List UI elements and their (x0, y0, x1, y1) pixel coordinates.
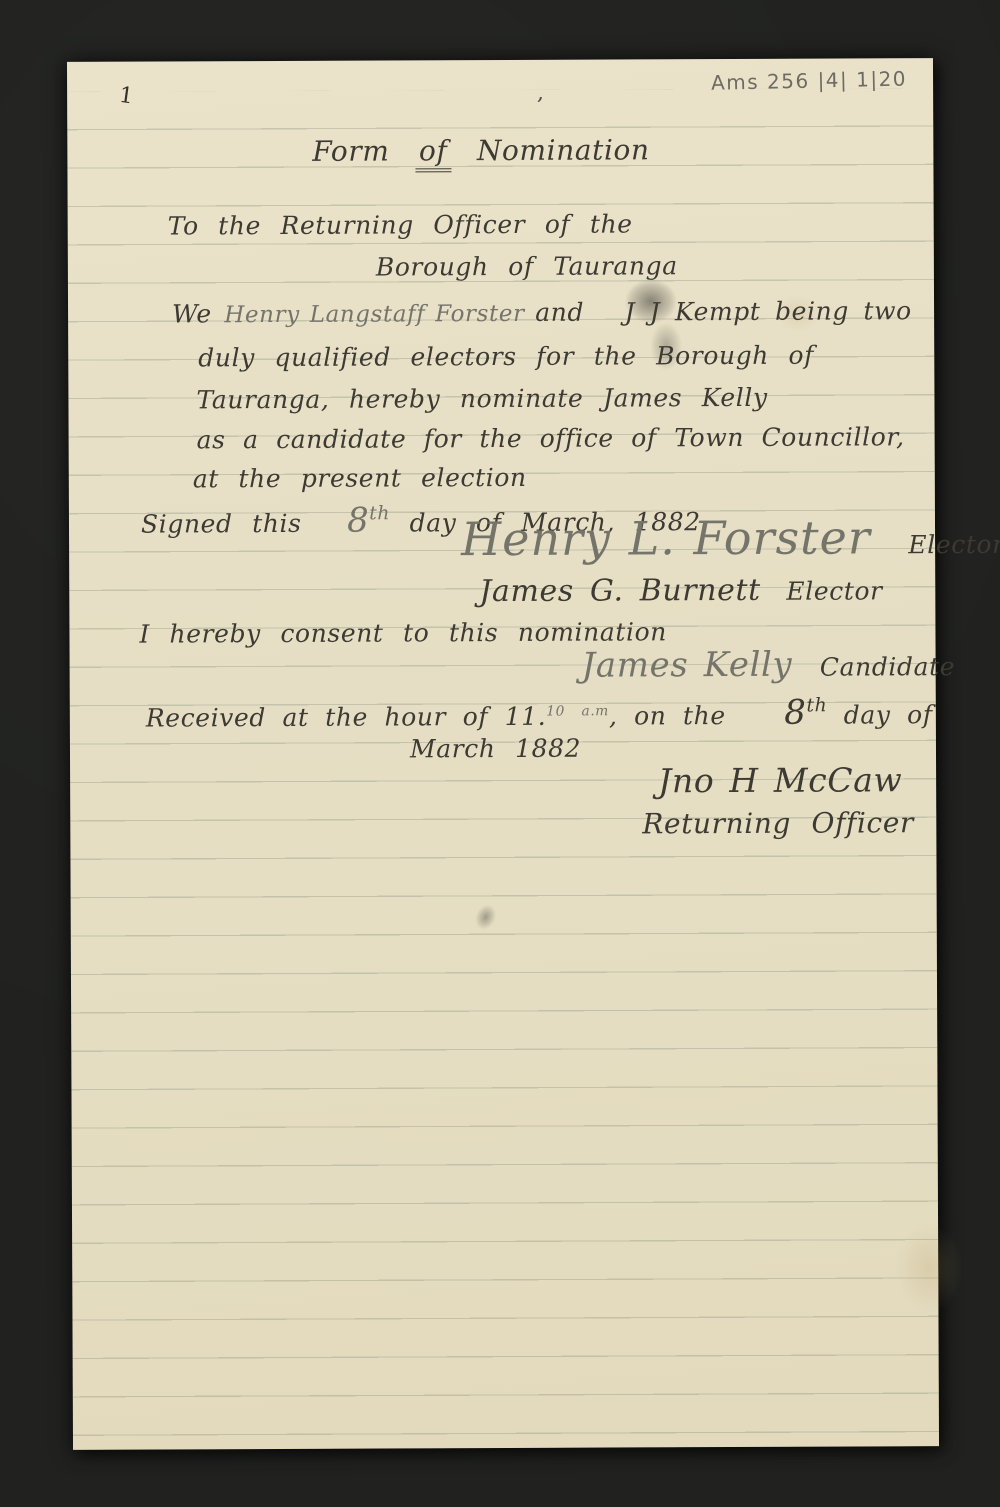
body-line1-suffix: being two (775, 296, 912, 326)
pen-tick-mark: ’ (533, 93, 544, 119)
salutation-line-1: To the Returning Officer of the (168, 209, 633, 240)
nomination-form-page: Ams 256 |4| 1|20 1 ’ Form of Nomination … (67, 58, 939, 1450)
consent-line: I hereby consent to this nomination (139, 617, 667, 648)
document-title: Form of Nomination (312, 133, 649, 167)
body-line-5: at the present election (193, 463, 527, 493)
body-line-1: We Henry Langstaff Forster and J J Kempt… (172, 296, 912, 328)
title-word-of: of (415, 134, 452, 172)
body-line-3: Tauranga, hereby nominate James Kelly (196, 383, 767, 414)
title-word-nomination: Nomination (477, 133, 650, 167)
received-day: 8th (784, 693, 827, 733)
body-line-4: as a candidate for the office of Town Co… (197, 422, 905, 454)
body-line1-prefix: We (172, 299, 212, 328)
inserted-elector-name: Henry Langstaff Forster (224, 301, 525, 328)
elector-signature-row-1: Henry L. Forster Elector (461, 510, 1000, 566)
received-day-suffix: th (806, 695, 827, 716)
signed-day-suffix: th (369, 503, 390, 524)
received-minutes: 10 (546, 703, 565, 719)
elector2-role: Elector (786, 576, 882, 605)
elector-signature-row-2: James G. Burnett Elector (479, 572, 883, 609)
body-line1-and: and (535, 298, 584, 327)
elector1-signature: Henry L. Forster (461, 510, 871, 566)
signed-prefix: Signed this (141, 509, 302, 539)
received-prefix: Received at the hour of 11. (146, 702, 547, 733)
received-meridiem: a.m (581, 703, 608, 719)
salutation-line-2: Borough of Tauranga (376, 251, 678, 281)
page-number: 1 (118, 83, 135, 110)
elector1-role: Elector (908, 530, 1000, 559)
archive-reference: Ams 256 |4| 1|20 (711, 67, 907, 95)
paper-stain (884, 1208, 975, 1328)
signed-day: 8th (347, 500, 390, 540)
returning-officer-role: Returning Officer (642, 806, 914, 840)
candidate-role: Candidate (820, 652, 955, 682)
body-line-2: duly qualified electors for the Borough … (198, 341, 814, 373)
pencil-smudge (467, 896, 505, 938)
title-word-form: Form (312, 134, 389, 167)
received-line-2: March 1882 (410, 734, 581, 764)
elector2-signature: James G. Burnett (479, 573, 761, 609)
received-line: Received at the hour of 11.10 a.m, on th… (146, 692, 933, 735)
second-elector-name: J J Kempt (625, 297, 761, 327)
candidate-signature: James Kelly (582, 645, 793, 686)
received-mid: , on the (609, 701, 726, 731)
received-suffix: day of (844, 700, 933, 729)
scan-background: { "archive": { "reference": "Ams 256 |4|… (0, 0, 1000, 1507)
candidate-signature-row: James Kelly Candidate (582, 644, 956, 686)
returning-officer-signature: Jno H McCaw (658, 760, 902, 800)
